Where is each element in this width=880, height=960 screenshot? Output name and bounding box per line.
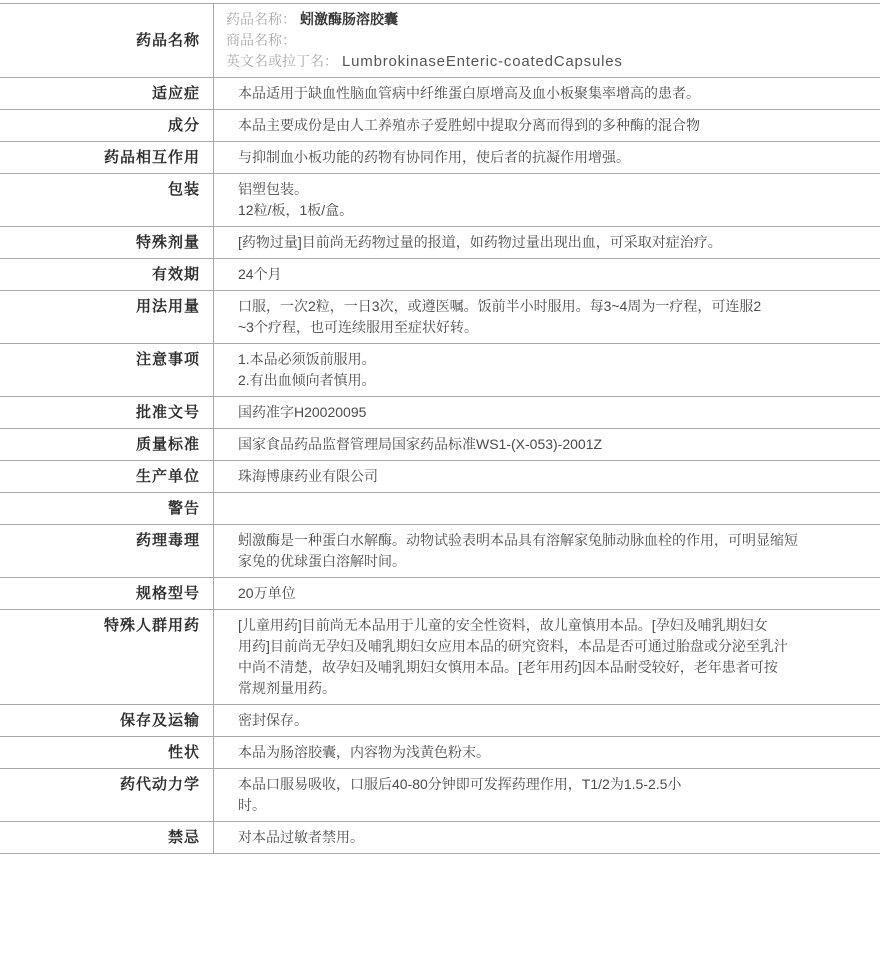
row-label: 规格型号	[0, 578, 214, 610]
table-row-quality-standard: 质量标准 国家食品药品监督管理局国家药品标准WS1-(X-053)-2001Z	[0, 429, 880, 461]
row-label: 药理毒理	[0, 525, 214, 578]
row-label: 特殊剂量	[0, 227, 214, 259]
row-label: 成分	[0, 110, 214, 142]
table-row-drug-name: 药品名称 药品名称：蚓激酶肠溶胶囊 商品名称： 英文名或拉丁名：Lumbroki…	[0, 4, 880, 78]
content-line: 国家食品药品监督管理局国家药品标准WS1-(X-053)-2001Z	[238, 434, 862, 455]
table-row-precautions: 注意事项 1.本品必须饭前服用。 2.有出血倾向者慎用。	[0, 344, 880, 397]
table-row-indications: 适应症 本品适用于缺血性脑血管病中纤维蛋白原增高及血小板聚集率增高的患者。	[0, 78, 880, 110]
table-row-special-dosage: 特殊剂量 [药物过量]目前尚无药物过量的报道，如药物过量出现出血，可采取对症治疗…	[0, 227, 880, 259]
row-content: 国药准字H20020095	[214, 397, 880, 429]
content-line: 用药]目前尚无孕妇及哺乳期妇女应用本品的研究资料，本品是否可通过胎盘或分泌至乳汁	[238, 636, 862, 657]
content-line: 本品主要成份是由人工养殖赤子爱胜蚓中提取分离而得到的多种酶的混合物	[238, 115, 862, 136]
table-row-contraindications: 禁忌 对本品过敏者禁用。	[0, 822, 880, 854]
content-line: 本品为肠溶胶囊，内容物为浅黄色粉末。	[238, 742, 862, 763]
english-name-field-label: 英文名或拉丁名：	[226, 53, 338, 69]
row-content	[214, 493, 880, 525]
row-label: 药品相互作用	[0, 142, 214, 174]
row-content: 蚓激酶是一种蛋白水解酶。动物试验表明本品具有溶解家兔肺动脉血栓的作用，可明显缩短…	[214, 525, 880, 578]
content-line: [药物过量]目前尚无药物过量的报道，如药物过量出现出血，可采取对症治疗。	[238, 232, 862, 253]
content-line: 家兔的优球蛋白溶解时间。	[238, 551, 862, 572]
content-line: 珠海博康药业有限公司	[238, 466, 862, 487]
row-label: 特殊人群用药	[0, 610, 214, 705]
table-row-specification: 规格型号 20万单位	[0, 578, 880, 610]
row-label: 警告	[0, 493, 214, 525]
content-line: 对本品过敏者禁用。	[238, 827, 862, 848]
row-label: 质量标准	[0, 429, 214, 461]
table-row-interactions: 药品相互作用 与抑制血小板功能的药物有协同作用，使后者的抗凝作用增强。	[0, 142, 880, 174]
content-line: 中尚不清楚，故孕妇及哺乳期妇女慎用本品。[老年用药]因本品耐受较好，老年患者可按	[238, 657, 862, 678]
content-line	[238, 498, 862, 519]
content-line: 本品适用于缺血性脑血管病中纤维蛋白原增高及血小板聚集率增高的患者。	[238, 83, 862, 104]
row-content: [儿童用药]目前尚无本品用于儿童的安全性资料，故儿童慎用本品。[孕妇及哺乳期妇女…	[214, 610, 880, 705]
table-row-ingredients: 成分 本品主要成份是由人工养殖赤子爱胜蚓中提取分离而得到的多种酶的混合物	[0, 110, 880, 142]
content-line: 口服，一次2粒，一日3次，或遵医嘱。饭前半小时服用。每3~4周为一疗程，可连服2	[238, 296, 862, 317]
content-line: 本品口服易吸收，口服后40-80分钟即可发挥药理作用，T1/2为1.5-2.5小	[238, 774, 862, 795]
table-row-manufacturer: 生产单位 珠海博康药业有限公司	[0, 461, 880, 493]
table-row-pharmacology-toxicology: 药理毒理 蚓激酶是一种蛋白水解酶。动物试验表明本品具有溶解家兔肺动脉血栓的作用，…	[0, 525, 880, 578]
table-row-packaging: 包装 铝塑包装。 12粒/板，1板/盒。	[0, 174, 880, 227]
row-content: 本品适用于缺血性脑血管病中纤维蛋白原增高及血小板聚集率增高的患者。	[214, 78, 880, 110]
content-line: 英文名或拉丁名：LumbrokinaseEnteric-coatedCapsul…	[226, 51, 862, 72]
row-content: [药物过量]目前尚无药物过量的报道，如药物过量出现出血，可采取对症治疗。	[214, 227, 880, 259]
row-content: 铝塑包装。 12粒/板，1板/盒。	[214, 174, 880, 227]
content-line: 24个月	[238, 264, 862, 285]
row-content: 密封保存。	[214, 705, 880, 737]
table-row-storage-transport: 保存及运输 密封保存。	[0, 705, 880, 737]
english-name-value: LumbrokinaseEnteric-coatedCapsules	[342, 53, 623, 70]
drug-name-field-label: 药品名称：	[226, 11, 296, 27]
content-line: 蚓激酶是一种蛋白水解酶。动物试验表明本品具有溶解家兔肺动脉血栓的作用，可明显缩短	[238, 530, 862, 551]
row-content: 国家食品药品监督管理局国家药品标准WS1-(X-053)-2001Z	[214, 429, 880, 461]
table-row-usage-dosage: 用法用量 口服，一次2粒，一日3次，或遵医嘱。饭前半小时服用。每3~4周为一疗程…	[0, 291, 880, 344]
table-row-shelf-life: 有效期 24个月	[0, 259, 880, 291]
row-label: 适应症	[0, 78, 214, 110]
content-line: 2.有出血倾向者慎用。	[238, 370, 862, 391]
content-line: 1.本品必须饭前服用。	[238, 349, 862, 370]
row-label: 批准文号	[0, 397, 214, 429]
row-label: 有效期	[0, 259, 214, 291]
row-label: 注意事项	[0, 344, 214, 397]
row-content: 1.本品必须饭前服用。 2.有出血倾向者慎用。	[214, 344, 880, 397]
trade-name-field-label: 商品名称：	[226, 32, 296, 48]
row-label: 禁忌	[0, 822, 214, 854]
content-line: 铝塑包装。	[238, 179, 862, 200]
row-content: 20万单位	[214, 578, 880, 610]
row-content: 本品口服易吸收，口服后40-80分钟即可发挥药理作用，T1/2为1.5-2.5小…	[214, 769, 880, 822]
row-label: 保存及运输	[0, 705, 214, 737]
table-row-special-populations: 特殊人群用药 [儿童用药]目前尚无本品用于儿童的安全性资料，故儿童慎用本品。[孕…	[0, 610, 880, 705]
row-content: 与抑制血小板功能的药物有协同作用，使后者的抗凝作用增强。	[214, 142, 880, 174]
row-content: 对本品过敏者禁用。	[214, 822, 880, 854]
row-label: 性状	[0, 737, 214, 769]
content-line: ~3个疗程，也可连续服用至症状好转。	[238, 317, 862, 338]
content-line: 商品名称：	[226, 30, 862, 51]
content-line: 药品名称：蚓激酶肠溶胶囊	[226, 9, 862, 30]
table-row-warning: 警告	[0, 493, 880, 525]
row-content: 本品主要成份是由人工养殖赤子爱胜蚓中提取分离而得到的多种酶的混合物	[214, 110, 880, 142]
row-label: 包装	[0, 174, 214, 227]
content-line: 时。	[238, 795, 862, 816]
row-content: 药品名称：蚓激酶肠溶胶囊 商品名称： 英文名或拉丁名：LumbrokinaseE…	[214, 4, 880, 78]
table-row-pharmacokinetics: 药代动力学 本品口服易吸收，口服后40-80分钟即可发挥药理作用，T1/2为1.…	[0, 769, 880, 822]
content-line: 与抑制血小板功能的药物有协同作用，使后者的抗凝作用增强。	[238, 147, 862, 168]
row-content: 本品为肠溶胶囊，内容物为浅黄色粉末。	[214, 737, 880, 769]
content-line: 常规剂量用药。	[238, 678, 862, 699]
row-label: 生产单位	[0, 461, 214, 493]
row-label: 药品名称	[0, 4, 214, 78]
table-row-approval-number: 批准文号 国药准字H20020095	[0, 397, 880, 429]
table-row-properties: 性状 本品为肠溶胶囊，内容物为浅黄色粉末。	[0, 737, 880, 769]
content-line: 20万单位	[238, 583, 862, 604]
row-label: 用法用量	[0, 291, 214, 344]
content-line: 国药准字H20020095	[238, 402, 862, 423]
row-label: 药代动力学	[0, 769, 214, 822]
row-content: 珠海博康药业有限公司	[214, 461, 880, 493]
content-line: [儿童用药]目前尚无本品用于儿童的安全性资料，故儿童慎用本品。[孕妇及哺乳期妇女	[238, 615, 862, 636]
content-line: 密封保存。	[238, 710, 862, 731]
drug-name-value: 蚓激酶肠溶胶囊	[300, 11, 398, 27]
row-content: 24个月	[214, 259, 880, 291]
row-content: 口服，一次2粒，一日3次，或遵医嘱。饭前半小时服用。每3~4周为一疗程，可连服2…	[214, 291, 880, 344]
content-line: 12粒/板，1板/盒。	[238, 200, 862, 221]
drug-info-table: 药品名称 药品名称：蚓激酶肠溶胶囊 商品名称： 英文名或拉丁名：Lumbroki…	[0, 3, 880, 854]
